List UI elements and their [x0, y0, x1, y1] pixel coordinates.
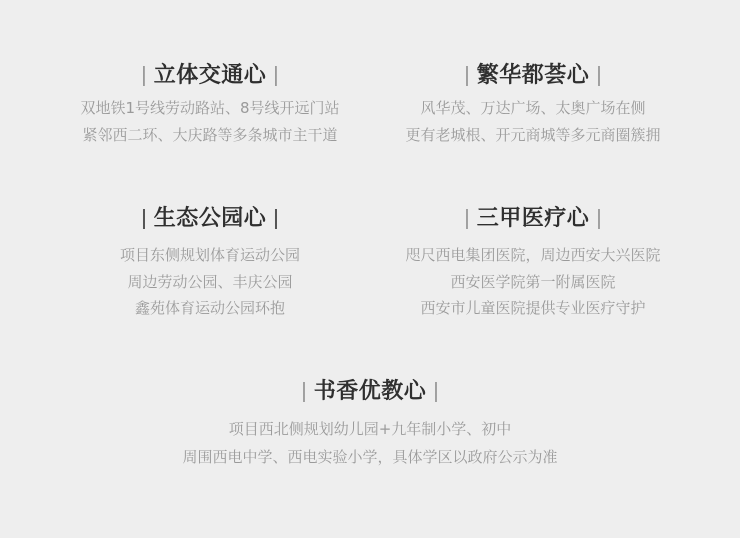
divider-bar-right — [598, 66, 600, 86]
description-line: 项目西北侧规划幼儿园+九年制小学、初中 — [182, 415, 557, 443]
section-title: 书香优教心 — [294, 377, 446, 407]
section-title: 生态公园心 — [134, 204, 286, 234]
section-ecology: 生态公园心 项目东侧规划体育运动公园 周边劳动公园、丰庆公园 鑫苑体育运动公园环… — [120, 204, 300, 322]
section-title-text: 书香优教心 — [314, 377, 427, 407]
divider-bar-right — [598, 209, 600, 229]
description-line: 鑫苑体育运动公园环抱 — [120, 295, 300, 322]
divider-bar-left — [466, 209, 468, 229]
section-title: 繁华都荟心 — [457, 61, 609, 91]
divider-bar-left — [303, 382, 305, 402]
section-title-text: 生态公园心 — [154, 204, 267, 234]
section-description: 项目西北侧规划幼儿园+九年制小学、初中 周围西电中学、西电实验小学，具体学区以政… — [182, 415, 557, 471]
section-description: 项目东侧规划体育运动公园 周边劳动公园、丰庆公园 鑫苑体育运动公园环抱 — [120, 242, 300, 322]
section-title: 三甲医疗心 — [457, 204, 609, 234]
description-line: 周边劳动公园、丰庆公园 — [120, 269, 300, 296]
divider-bar-left — [143, 66, 145, 86]
section-description: 咫尺西电集团医院，周边西安大兴医院 西安医学院第一附属医院 西安市儿童医院提供专… — [405, 242, 660, 322]
description-line: 周围西电中学、西电实验小学，具体学区以政府公示为准 — [182, 443, 557, 471]
description-line: 咫尺西电集团医院，周边西安大兴医院 — [405, 242, 660, 269]
section-title-text: 立体交通心 — [154, 61, 267, 91]
description-line: 双地铁1号线劳动路站、8号线开远门站 — [80, 95, 339, 122]
section-commerce: 繁华都荟心 风华茂、万达广场、太奥广场在侧 更有老城根、开元商城等多元商圈簇拥 — [405, 61, 660, 148]
divider-bar-left — [466, 66, 468, 86]
description-line: 项目东侧规划体育运动公园 — [120, 242, 300, 269]
section-transport: 立体交通心 双地铁1号线劳动路站、8号线开远门站 紧邻西二环、大庆路等多条城市主… — [80, 61, 339, 148]
divider-bar-right — [275, 209, 277, 229]
section-title: 立体交通心 — [134, 61, 286, 91]
description-line: 西安医学院第一附属医院 — [405, 269, 660, 296]
description-line: 风华茂、万达广场、太奥广场在侧 — [405, 95, 660, 122]
divider-bar-right — [435, 382, 437, 402]
section-title-text: 三甲医疗心 — [477, 204, 590, 234]
section-education: 书香优教心 项目西北侧规划幼儿园+九年制小学、初中 周围西电中学、西电实验小学，… — [182, 377, 557, 471]
description-line: 更有老城根、开元商城等多元商圈簇拥 — [405, 122, 660, 149]
section-description: 双地铁1号线劳动路站、8号线开远门站 紧邻西二环、大庆路等多条城市主干道 — [80, 95, 339, 148]
section-medical: 三甲医疗心 咫尺西电集团医院，周边西安大兴医院 西安医学院第一附属医院 西安市儿… — [405, 204, 660, 322]
description-line: 紧邻西二环、大庆路等多条城市主干道 — [80, 122, 339, 149]
section-description: 风华茂、万达广场、太奥广场在侧 更有老城根、开元商城等多元商圈簇拥 — [405, 95, 660, 148]
description-line: 西安市儿童医院提供专业医疗守护 — [405, 295, 660, 322]
divider-bar-right — [275, 66, 277, 86]
divider-bar-left — [143, 209, 145, 229]
section-title-text: 繁华都荟心 — [477, 61, 590, 91]
